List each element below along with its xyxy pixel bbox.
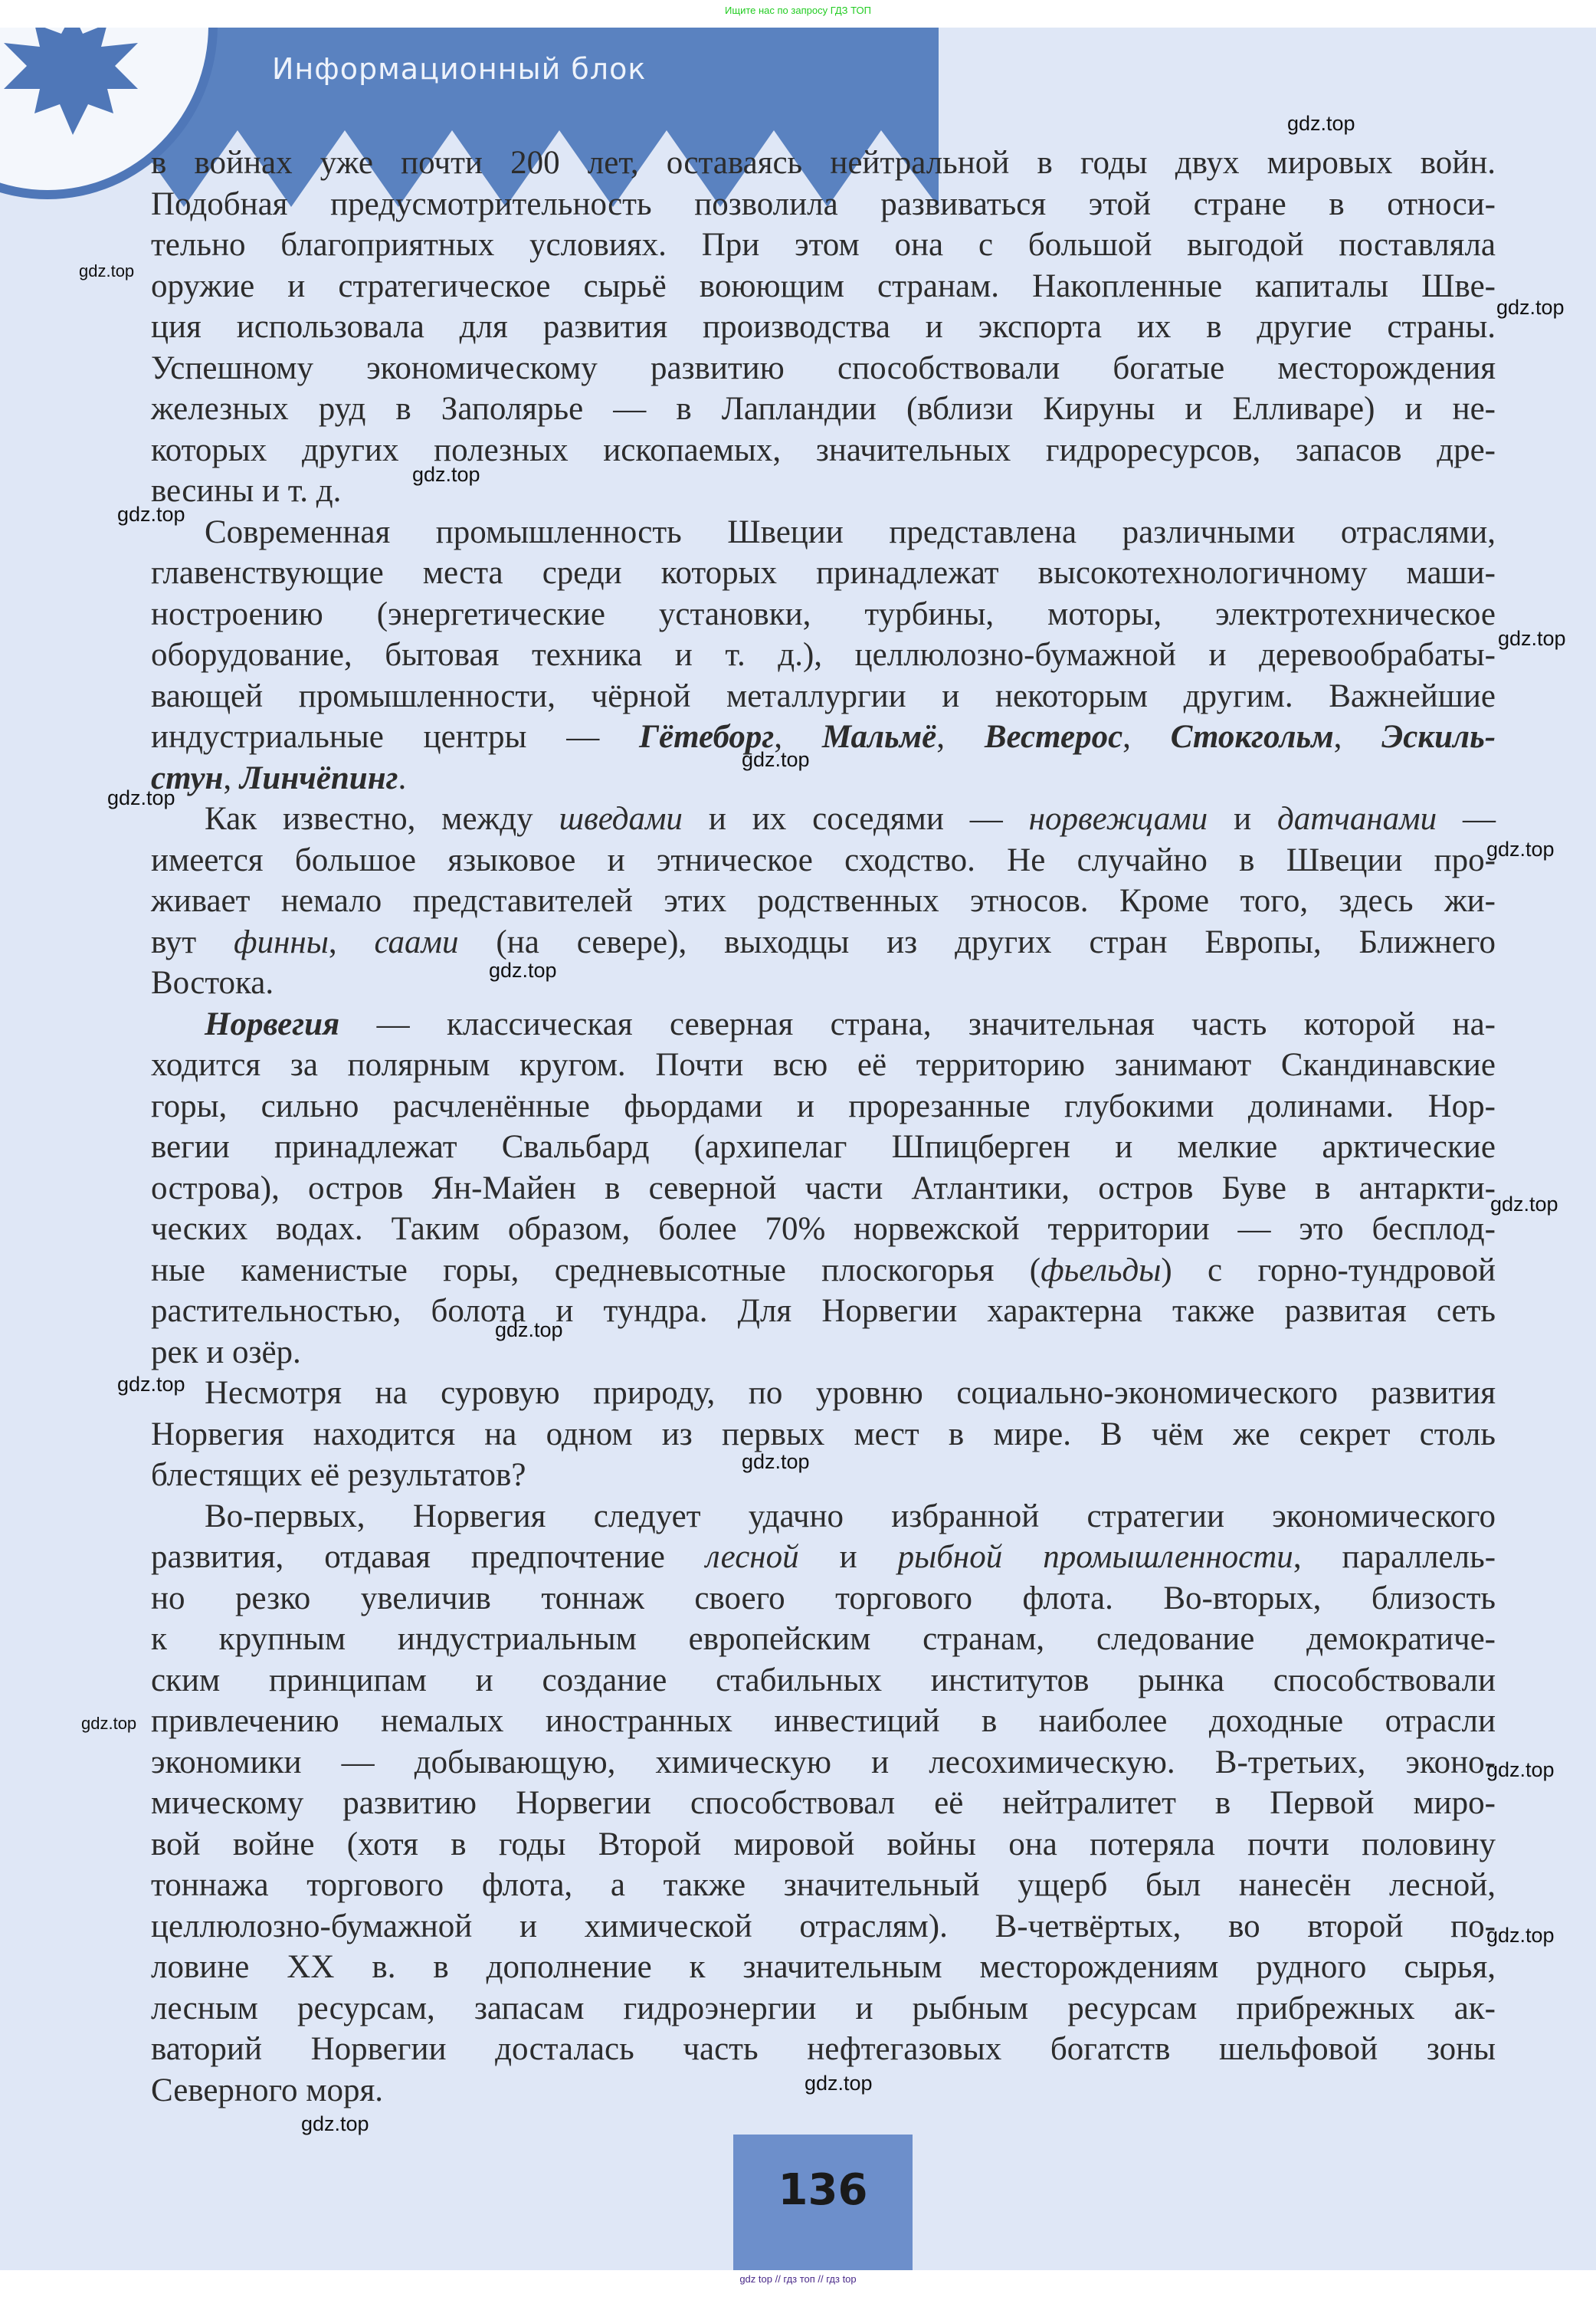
watermark: gdz.top (117, 1373, 185, 1396)
text-line: горы, сильно расчленённые фьордами и про… (151, 1086, 1496, 1127)
text-line: острова), остров Ян-Майен в северной час… (151, 1168, 1496, 1209)
watermark: gdz.top (1486, 838, 1555, 861)
textbook-page: Информационный блок в войнах уже почти 2… (0, 28, 1596, 2270)
text-line: в войнах уже почти 200 лет, оставаясь не… (151, 143, 1496, 184)
text-line: но резко увеличив тоннаж своего торговог… (151, 1578, 1496, 1619)
footer-watermark: gdz top // гдз топ // гдз top (0, 2273, 1596, 2285)
watermark: gdz.top (117, 503, 185, 527)
text-line: вающей промышленности, чёрной металлурги… (151, 676, 1496, 717)
section-title: Информационный блок (272, 52, 646, 86)
watermark: gdz.top (1490, 1193, 1558, 1216)
text-line: ловине XX в. в дополнение к значительным… (151, 1947, 1496, 1988)
star-icon (0, 28, 153, 150)
text-line: ваторий Норвегии досталась часть нефтега… (151, 2029, 1496, 2070)
text-line: вой войне (хотя в годы Второй мировой во… (151, 1824, 1496, 1865)
text-line: развития, отдавая предпочтение лесной и … (151, 1537, 1496, 1578)
watermark: gdz.top (81, 1714, 136, 1734)
text-line: Несмотря на суровую природу, по уровню с… (151, 1373, 1496, 1414)
text-line: вут финны, саами (на севере), выходцы из… (151, 922, 1496, 963)
text-line: вегии принадлежат Свальбард (архипелаг Ш… (151, 1127, 1496, 1168)
watermark: gdz.top (1496, 296, 1565, 320)
text-line: имеется большое языковое и этническое сх… (151, 840, 1496, 881)
watermark: gdz.top (107, 786, 175, 810)
city-name: Линчёпинг (240, 760, 398, 796)
text-line: весины и т. д. (151, 471, 1496, 512)
text-line-cities: индустриальные центры — Гётеборг, Мальмё… (151, 717, 1496, 758)
text-line: ция использовала для развития производст… (151, 307, 1496, 348)
city-name: Вестерос (985, 719, 1122, 755)
watermark: gdz.top (1486, 1758, 1555, 1782)
text-line: тоннажа торгового флота, а также значите… (151, 1865, 1496, 1906)
text-line: ностроению (энергетические установки, ту… (151, 594, 1496, 635)
text-line: рек и озёр. (151, 1332, 1496, 1373)
city-name: Стокгольм (1171, 719, 1334, 755)
watermark: gdz.top (742, 748, 810, 772)
text-line: оборудование, бытовая техника и т. д.), … (151, 635, 1496, 676)
text-line: ским принципам и создание стабильных инс… (151, 1660, 1496, 1701)
text-line: лесным ресурсам, запасам гидроэнергии и … (151, 1988, 1496, 2030)
city-name: Мальмё (822, 719, 936, 755)
country-name: Норвегия (205, 1006, 339, 1042)
watermark: gdz.top (1287, 112, 1355, 136)
text-line: живает немало представителей этих родств… (151, 881, 1496, 922)
watermark: gdz.top (805, 2072, 873, 2095)
text-line: которых других полезных ископаемых, знач… (151, 430, 1496, 471)
text-line: к крупным индустриальным европейским стр… (151, 1619, 1496, 1660)
text-line: ходится за полярным кругом. Почти всю её… (151, 1045, 1496, 1086)
text-line: стун, Линчёпинг. (151, 758, 1496, 799)
watermark: gdz.top (1486, 1924, 1555, 1948)
text-line: Норвегия — классическая северная страна,… (151, 1004, 1496, 1045)
text-line: экономики — добывающую, химическую и лес… (151, 1742, 1496, 1783)
text-line: Подобная предусмотрительность позволила … (151, 184, 1496, 225)
text-line: главенствующие места среди которых прина… (151, 553, 1496, 594)
text-line: растительностью, болота и тундра. Для Но… (151, 1291, 1496, 1332)
text-line: Как известно, между шведами и их соседям… (151, 799, 1496, 840)
text-line: железных руд в Заполярье — в Лапландии (… (151, 389, 1496, 430)
watermark: gdz.top (301, 2112, 369, 2136)
text-line: Во-первых, Норвегия следует удачно избра… (151, 1496, 1496, 1537)
watermark: gdz.top (742, 1450, 810, 1474)
text-line: ные каменистые горы, средневысотные плос… (151, 1250, 1496, 1291)
text-line: ческих водах. Таким образом, более 70% н… (151, 1209, 1496, 1250)
text-line: Востока. (151, 963, 1496, 1004)
watermark: gdz.top (489, 959, 557, 983)
text-line: Современная промышленность Швеции предст… (151, 512, 1496, 553)
page-number-box: 136 (733, 2135, 913, 2270)
text-line: Норвегия находится на одном из первых ме… (151, 1414, 1496, 1455)
search-hint-banner: Ищите нас по запросу ГДЗ ТОП (0, 5, 1596, 16)
watermark: gdz.top (495, 1318, 563, 1342)
text-line: оружие и стратегическое сырьё воюющим ст… (151, 266, 1496, 307)
watermark: gdz.top (79, 261, 134, 281)
text-line: Успешному экономическому развитию способ… (151, 348, 1496, 389)
watermark: gdz.top (412, 463, 480, 487)
text-line: тельно благоприятных условиях. При этом … (151, 225, 1496, 266)
watermark: gdz.top (1498, 627, 1566, 651)
body-text: в войнах уже почти 200 лет, оставаясь не… (151, 143, 1496, 2111)
text-line: мическому развитию Норвегии способствова… (151, 1783, 1496, 1824)
text-line: блестящих её результатов? (151, 1455, 1496, 1496)
city-name: Эскиль- (1381, 719, 1496, 755)
page-number: 136 (733, 2165, 913, 2215)
text-line: целлюлозно-бумажной и химической отрасля… (151, 1906, 1496, 1948)
text-line: привлечению немалых иностранных инвестиц… (151, 1701, 1496, 1742)
